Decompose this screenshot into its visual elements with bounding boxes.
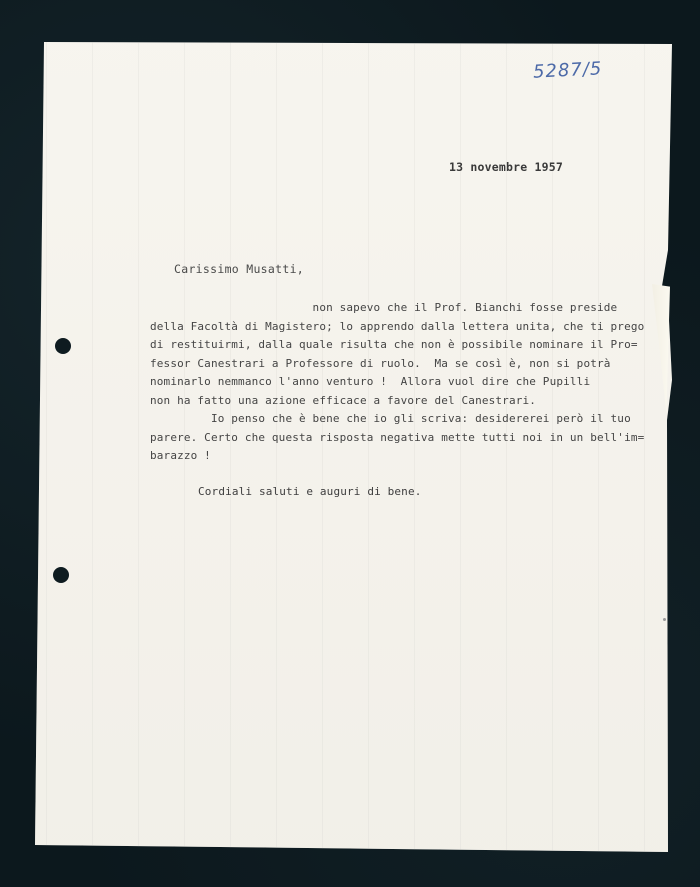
closing-line: Cordiali saluti e auguri di bene. (198, 485, 422, 498)
body-line: non ha fatto una azione efficace a favor… (150, 392, 630, 411)
body-line: Io penso che è bene che io gli scriva: d… (150, 410, 630, 429)
body-line: barazzo ! (150, 447, 630, 466)
body-line: nominarlo nemmanco l'anno venturo ! Allo… (150, 373, 630, 392)
archive-number-handwritten: 5287/5 (532, 58, 602, 83)
punch-hole-bottom (53, 567, 69, 583)
letter-date: 13 novembre 1957 (449, 160, 563, 174)
letter-body: non sapevo che il Prof. Bianchi fosse pr… (150, 299, 630, 466)
salutation: Carissimo Musatti, (174, 262, 304, 276)
body-line: della Facoltà di Magistero; lo apprendo … (150, 318, 630, 337)
body-line: non sapevo che il Prof. Bianchi fosse pr… (150, 299, 630, 318)
punch-hole-top (55, 338, 71, 354)
body-line: fessor Canestrari a Professore di ruolo.… (150, 355, 630, 374)
body-line: di restituirmi, dalla quale risulta che … (150, 336, 630, 355)
paper-speck (663, 618, 666, 621)
body-line: parere. Certo che questa risposta negati… (150, 429, 630, 448)
